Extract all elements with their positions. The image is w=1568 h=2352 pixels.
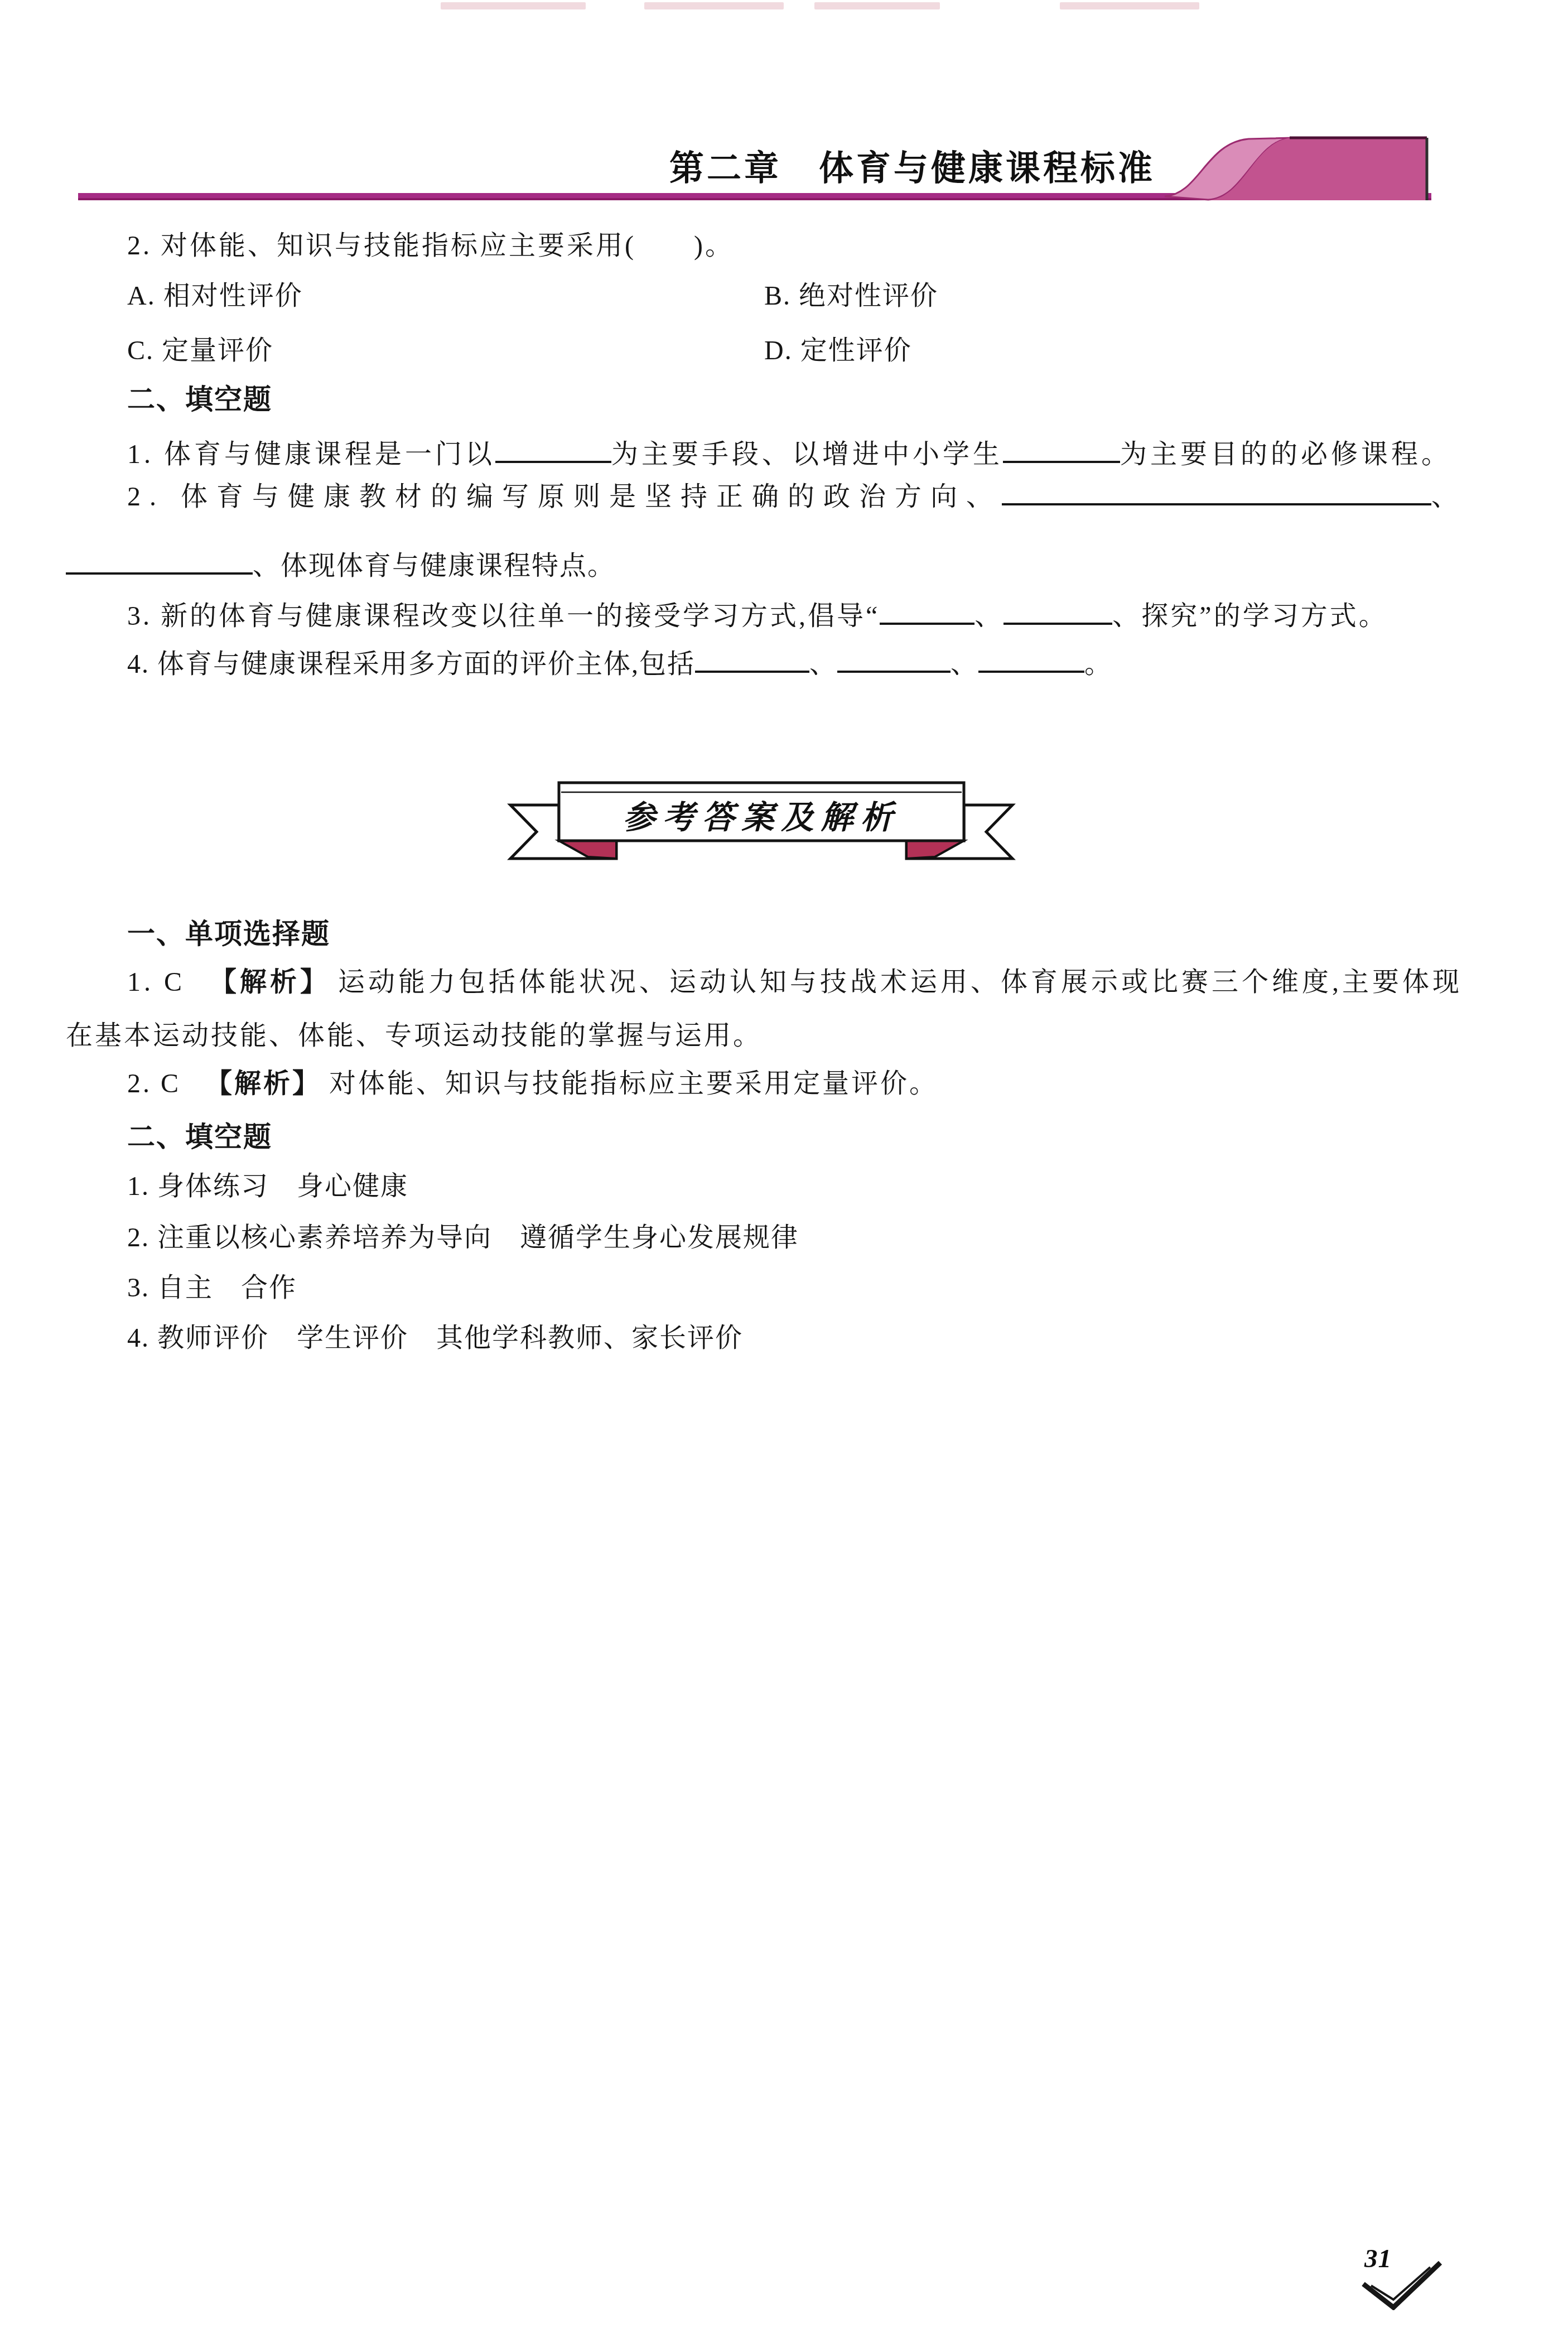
fill2-text-1: 2. 体育与健康教材的编写原则是坚持正确的政治方向、 [127,482,1002,512]
fill1-text-1: 1. 体育与健康课程是一门以 [127,440,495,469]
fill-question-1: 1. 体育与健康课程是一门以为主要手段、以增进中小学生为主要目的的必修课程。 [127,436,1451,472]
fill-answer-4: 4. 教师评价 学生评价 其他学科教师、家长评价 [127,1321,743,1356]
fill-question-2-line-2: 、体现体育与健康课程特点。 [66,548,615,584]
answers-fill-heading: 二、填空题 [127,1119,272,1155]
chapter-title: 第二章 体育与健康课程标准 [669,141,1155,190]
answer-1-line-1: 1. C【解析】运动能力包括体能状况、运动认知与技战术运用、体育展示或比赛三个维… [127,965,1463,1000]
option-d: D. 定性评价 [764,334,912,368]
answer-2-letter: 2. C [127,1069,181,1098]
fill1-blank-2 [1003,436,1120,463]
fill1-text-2: 为主要手段、以增进中小学生 [611,440,1003,469]
fill-question-3: 3. 新的体育与健康课程改变以往单一的接受学习方式,倡导“、、探究”的学习方式。 [127,598,1388,634]
analysis-tag: 【解析】 [205,1069,321,1098]
answer-1-analysis: 运动能力包括体能状况、运动认知与技战术运用、体育展示或比赛三个维度,主要体现 [338,967,1463,997]
fill4-text-1: 4. 体育与健康课程采用多方面的评价主体,包括 [127,649,695,679]
fill4-text-3: 、 [951,649,978,679]
fill2-text-2: 、 [1431,482,1467,512]
question-2-stem: 2. 对体能、知识与技能指标应主要采用( )。 [127,229,734,263]
fill-answer-1: 1. 身体练习 身心健康 [127,1169,408,1204]
fill-question-4: 4. 体育与健康课程采用多方面的评价主体,包括、、。 [127,646,1112,682]
fill3-text-3: 、探究”的学习方式。 [1112,601,1387,631]
answer-banner-title: 参考答案及解析 [559,790,964,839]
fill3-text-1: 3. 新的体育与健康课程改变以往单一的接受学习方式,倡导“ [127,601,880,631]
fill2-text-3: 、体现体育与健康课程特点。 [253,551,615,581]
fill3-blank-1 [880,598,974,625]
fill-question-2-line-1: 2. 体育与健康教材的编写原则是坚持正确的政治方向、、 [127,479,1467,514]
answers-mc-heading: 一、单项选择题 [127,916,330,952]
fill1-text-3: 为主要目的的必修课程。 [1120,440,1451,469]
option-b: B. 绝对性评价 [764,279,938,314]
fill3-text-2: 、 [974,601,1003,631]
answer-1-letter: 1. C [127,967,185,997]
fill-answer-3: 3. 自主 合作 [127,1271,297,1305]
fill4-text-4: 。 [1084,649,1112,679]
fill4-blank-2 [837,646,951,673]
answer-2-analysis: 对体能、知识与技能指标应主要采用定量评价。 [329,1069,938,1098]
fill-answer-2: 2. 注重以核心素养培养为导向 遵循学生身心发展规律 [127,1221,799,1255]
fill-section-heading: 二、填空题 [127,382,272,418]
fill4-blank-1 [695,646,809,673]
page-number-check-icon [1355,2257,1450,2310]
fill4-text-2: 、 [809,649,837,679]
option-a: A. 相对性评价 [127,279,303,314]
fill1-blank-1 [495,436,611,463]
fill2-blank-2 [66,548,253,575]
analysis-tag: 【解析】 [210,967,330,997]
answer-2-line: 2. C【解析】对体能、知识与技能指标应主要采用定量评价。 [127,1067,938,1101]
fill2-blank-1 [1002,479,1431,505]
option-c: C. 定量评价 [127,334,273,368]
fill3-blank-2 [1003,598,1112,625]
workbook-page: 第二章 体育与健康课程标准 2. 对体能、知识与技能指标应主要采用( )。 A.… [0,0,1568,2352]
header-ribbon-graphic [0,0,1568,234]
fill4-blank-3 [978,646,1084,673]
answer-1-line-2: 在基本运动技能、体能、专项运动技能的掌握与运用。 [66,1019,762,1053]
